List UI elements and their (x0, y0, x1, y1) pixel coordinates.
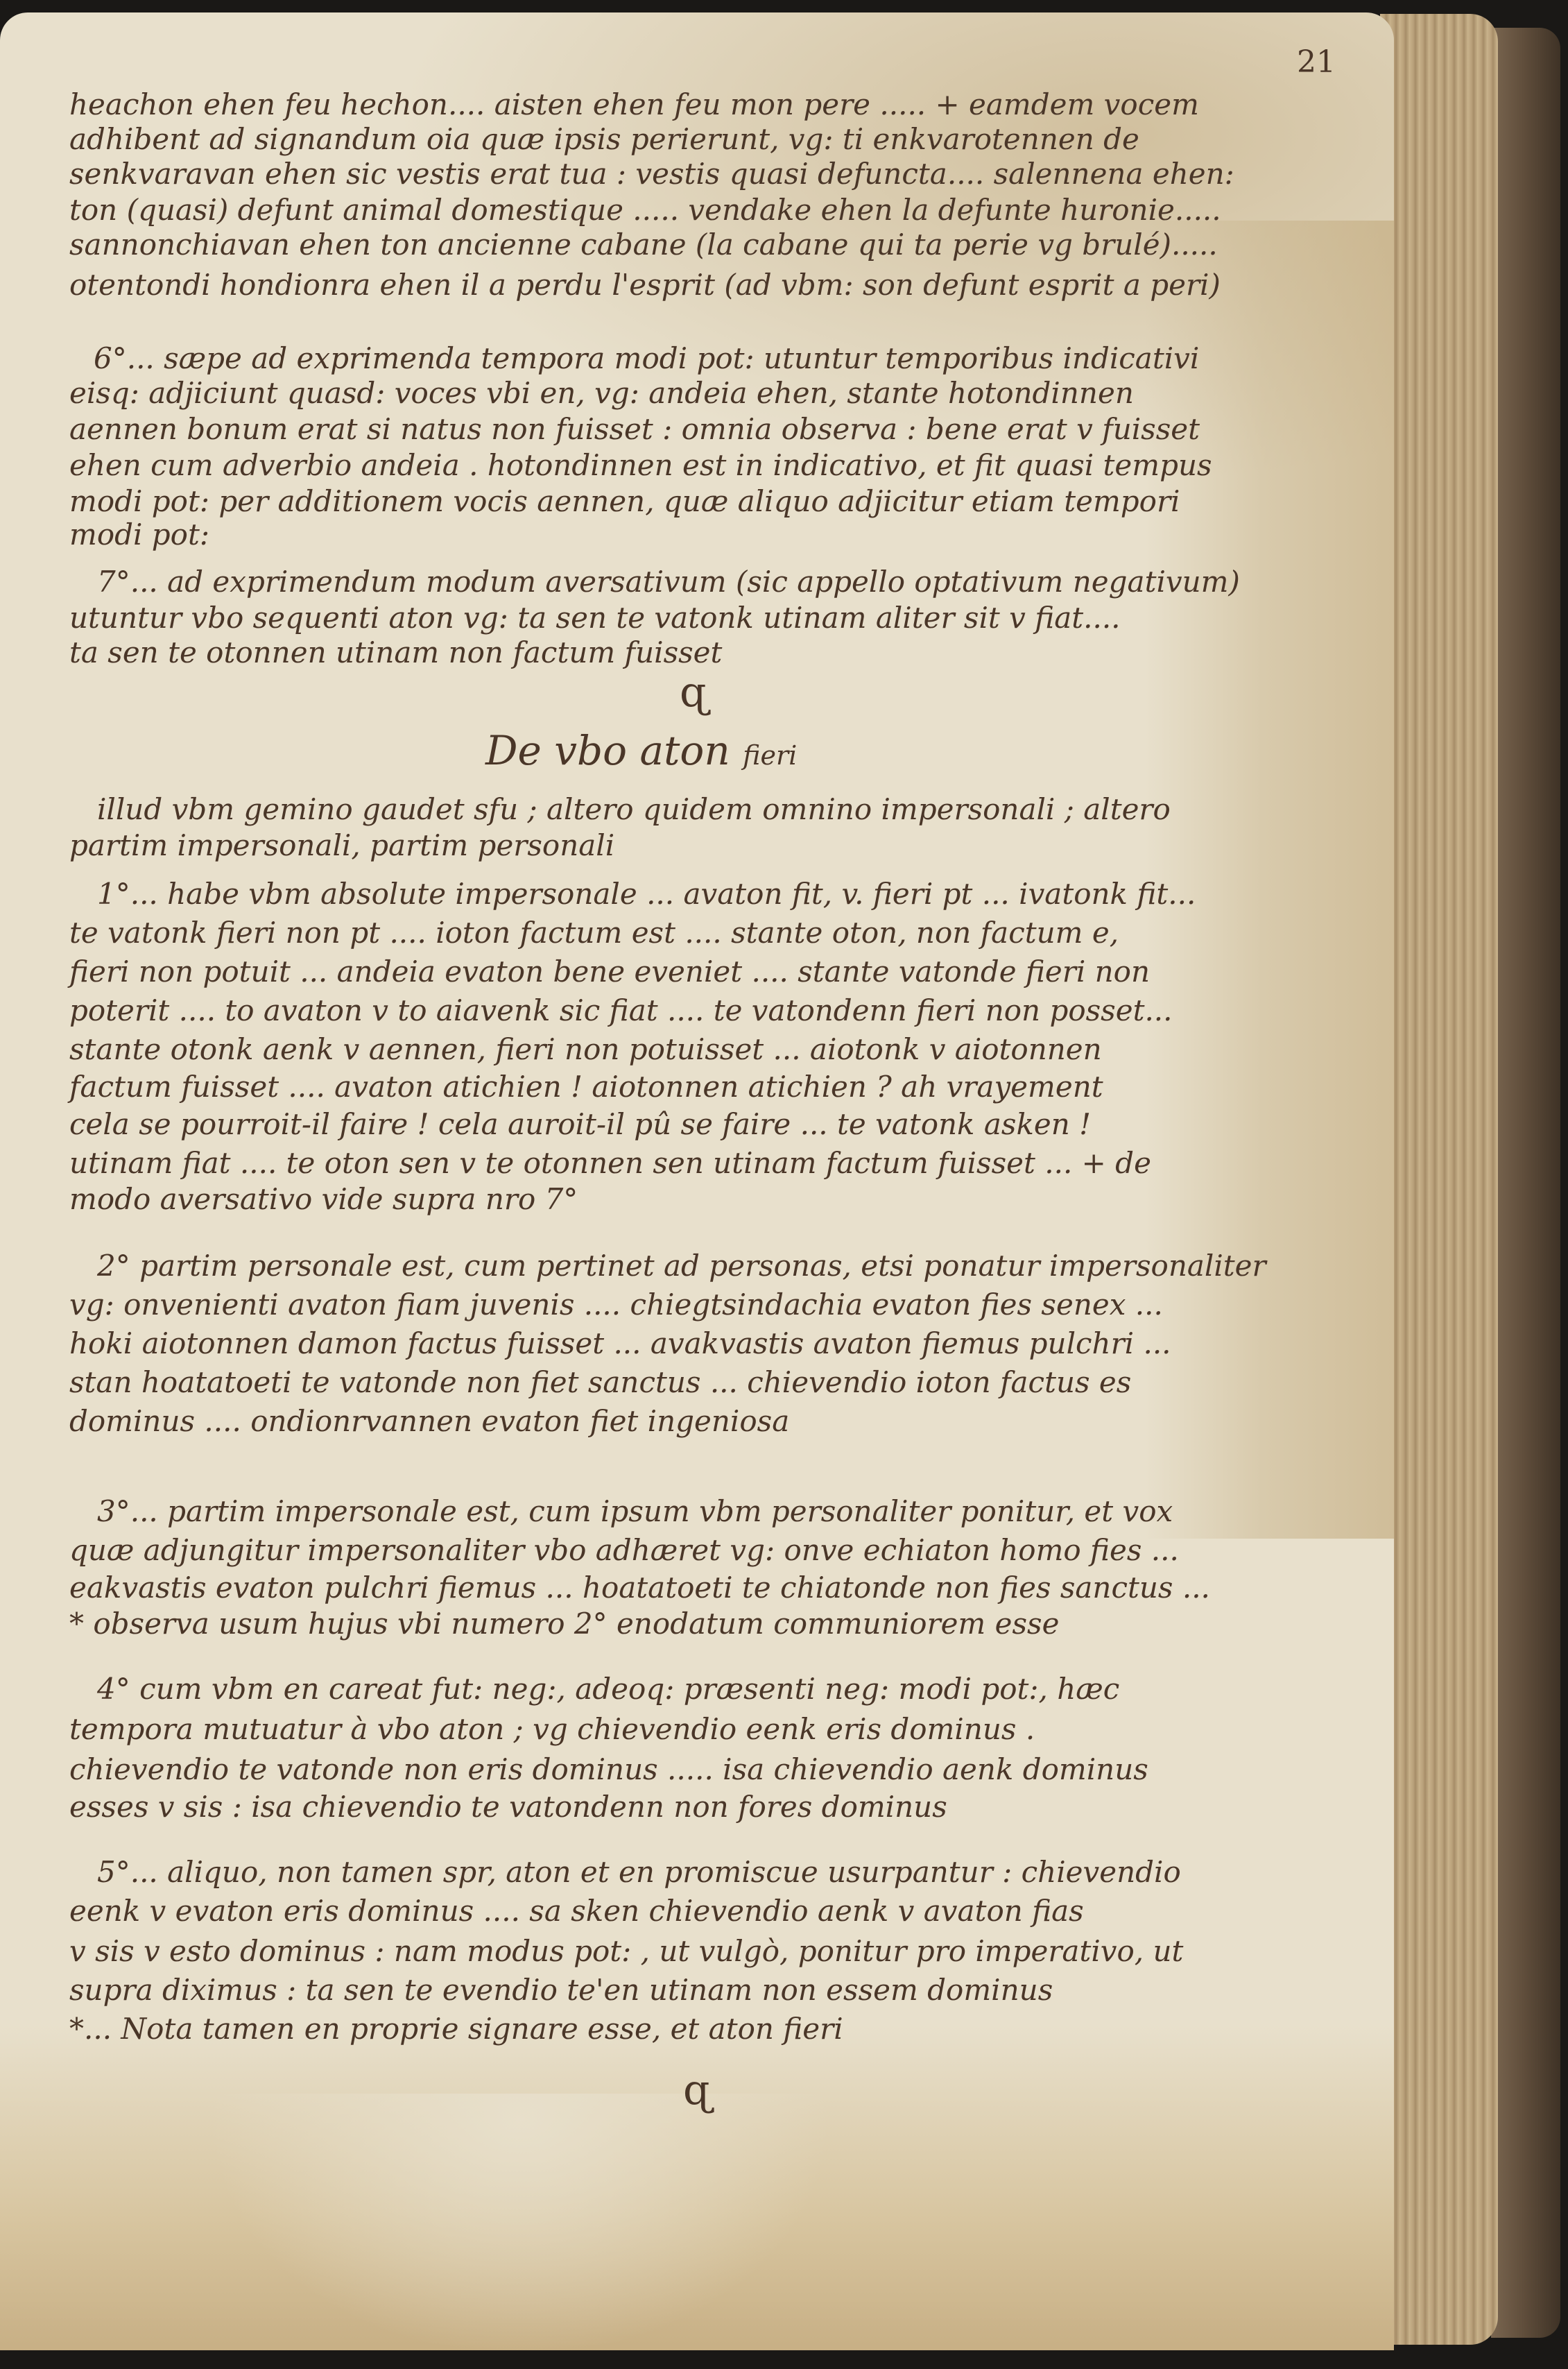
text-line: modi pot: (69, 520, 209, 549)
text-line: utuntur vbo sequenti aton vg: ta sen te … (69, 604, 1121, 633)
text-line: stan hoatatoeti te vatonde non fiet sanc… (69, 1368, 1131, 1397)
manuscript-page: 21 heachon ehen feu hechon.... aisten eh… (0, 12, 1394, 2350)
text-line: 1°... habe vbm absolute impersonale ... … (97, 880, 1196, 909)
text-line: eakvastis evaton pulchri fiemus ... hoat… (69, 1573, 1210, 1602)
text-line: v sis v esto dominus : nam modus pot: , … (69, 1937, 1183, 1966)
manuscript-photo: 21 heachon ehen feu hechon.... aisten eh… (0, 0, 1568, 2369)
book-cover (1491, 28, 1560, 2338)
text-line: modo aversativo vide supra nro 7° (69, 1185, 578, 1214)
text-line: esses v sis : isa chievendio te vatonden… (69, 1793, 947, 1822)
text-line: 4° cum vbm en careat fut: neg:, adeoq: p… (97, 1675, 1119, 1704)
text-line: fieri non potuit ... andeia evaton bene … (69, 957, 1150, 986)
text-line: * observa usum hujus vbi numero 2° enoda… (69, 1609, 1059, 1639)
text-line: otentondi hondionra ehen il a perdu l'es… (69, 271, 1221, 300)
text-line: te vatonk fieri non pt .... ioton factum… (69, 918, 1119, 948)
text-line: heachon ehen feu hechon.... aisten ehen … (69, 90, 1199, 119)
text-line: sannonchiavan ehen ton ancienne cabane (… (69, 230, 1218, 259)
text-line: tempora mutuatur à vbo aton ; vg chieven… (69, 1715, 1035, 1744)
text-line: quæ adjungitur impersonaliter vbo adhære… (69, 1536, 1179, 1565)
heading-main: De vbo aton (485, 727, 730, 774)
text-line: dominus .... ondionrvannen evaton fiet i… (69, 1407, 789, 1436)
text-line: illud vbm gemino gaudet sfu ; altero qui… (97, 795, 1171, 824)
text-line: 2° partim personale est, cum pertinet ad… (97, 1251, 1266, 1281)
text-line: ton (quasi) defunt animal domestique ...… (69, 196, 1221, 225)
text-line: aennen bonum erat si natus non fuisset :… (69, 415, 1200, 444)
text-line: partim impersonali, partim personali (69, 831, 614, 860)
heading-sub: fieri (743, 740, 797, 771)
text-line: chievendio te vatonde non eris dominus .… (69, 1755, 1148, 1784)
text-line: senkvaravan ehen sic vestis erat tua : v… (69, 160, 1234, 189)
text-line: 6°... sæpe ad exprimenda tempora modi po… (94, 344, 1199, 373)
text-line: eisq: adjiciunt quasd: voces vbi en, vg:… (69, 379, 1134, 408)
page-edges (1380, 14, 1498, 2345)
text-line: eenk v evaton eris dominus .... sa sken … (69, 1897, 1084, 1926)
text-line: 7°... ad exprimendum modum aversativum (… (97, 567, 1240, 597)
text-line: cela se pourroit-il faire ! cela auroit-… (69, 1110, 1091, 1139)
page-number: 21 (1297, 47, 1336, 78)
text-line: vg: onvenienti avaton fiam juvenis .... … (69, 1290, 1163, 1319)
text-line: modi pot: per additionem vocis aennen, q… (69, 487, 1180, 516)
text-line: supra diximus : ta sen te evendio te'en … (69, 1976, 1053, 2005)
section-ornament-icon: ɋ (680, 672, 706, 713)
text-line: stante otonk aenk v aennen, fieri non po… (69, 1035, 1102, 1064)
section-heading: De vbo aton fieri (485, 730, 797, 771)
text-line: *... Nota tamen en proprie signare esse,… (69, 2015, 843, 2044)
text-line: ta sen te otonnen utinam non factum fuis… (69, 638, 722, 667)
text-line: utinam fiat .... te oton sen v te otonne… (69, 1149, 1151, 1178)
text-line: 5°... aliquo, non tamen spr, aton et en … (97, 1858, 1181, 1887)
text-line: hoki aiotonnen damon factus fuisset ... … (69, 1329, 1171, 1358)
text-line: ehen cum adverbio andeia . hotondinnen e… (69, 451, 1212, 480)
text-line: poterit .... to avaton v to aiavenk sic … (69, 996, 1173, 1025)
text-line: adhibent ad signandum oia quæ ipsis peri… (69, 125, 1139, 154)
end-ornament-icon: ɋ (683, 2069, 709, 2111)
text-line: factum fuisset .... avaton atichien ! ai… (69, 1072, 1103, 1102)
text-line: 3°... partim impersonale est, cum ipsum … (97, 1497, 1173, 1526)
paper-clear-area (208, 2094, 832, 2350)
